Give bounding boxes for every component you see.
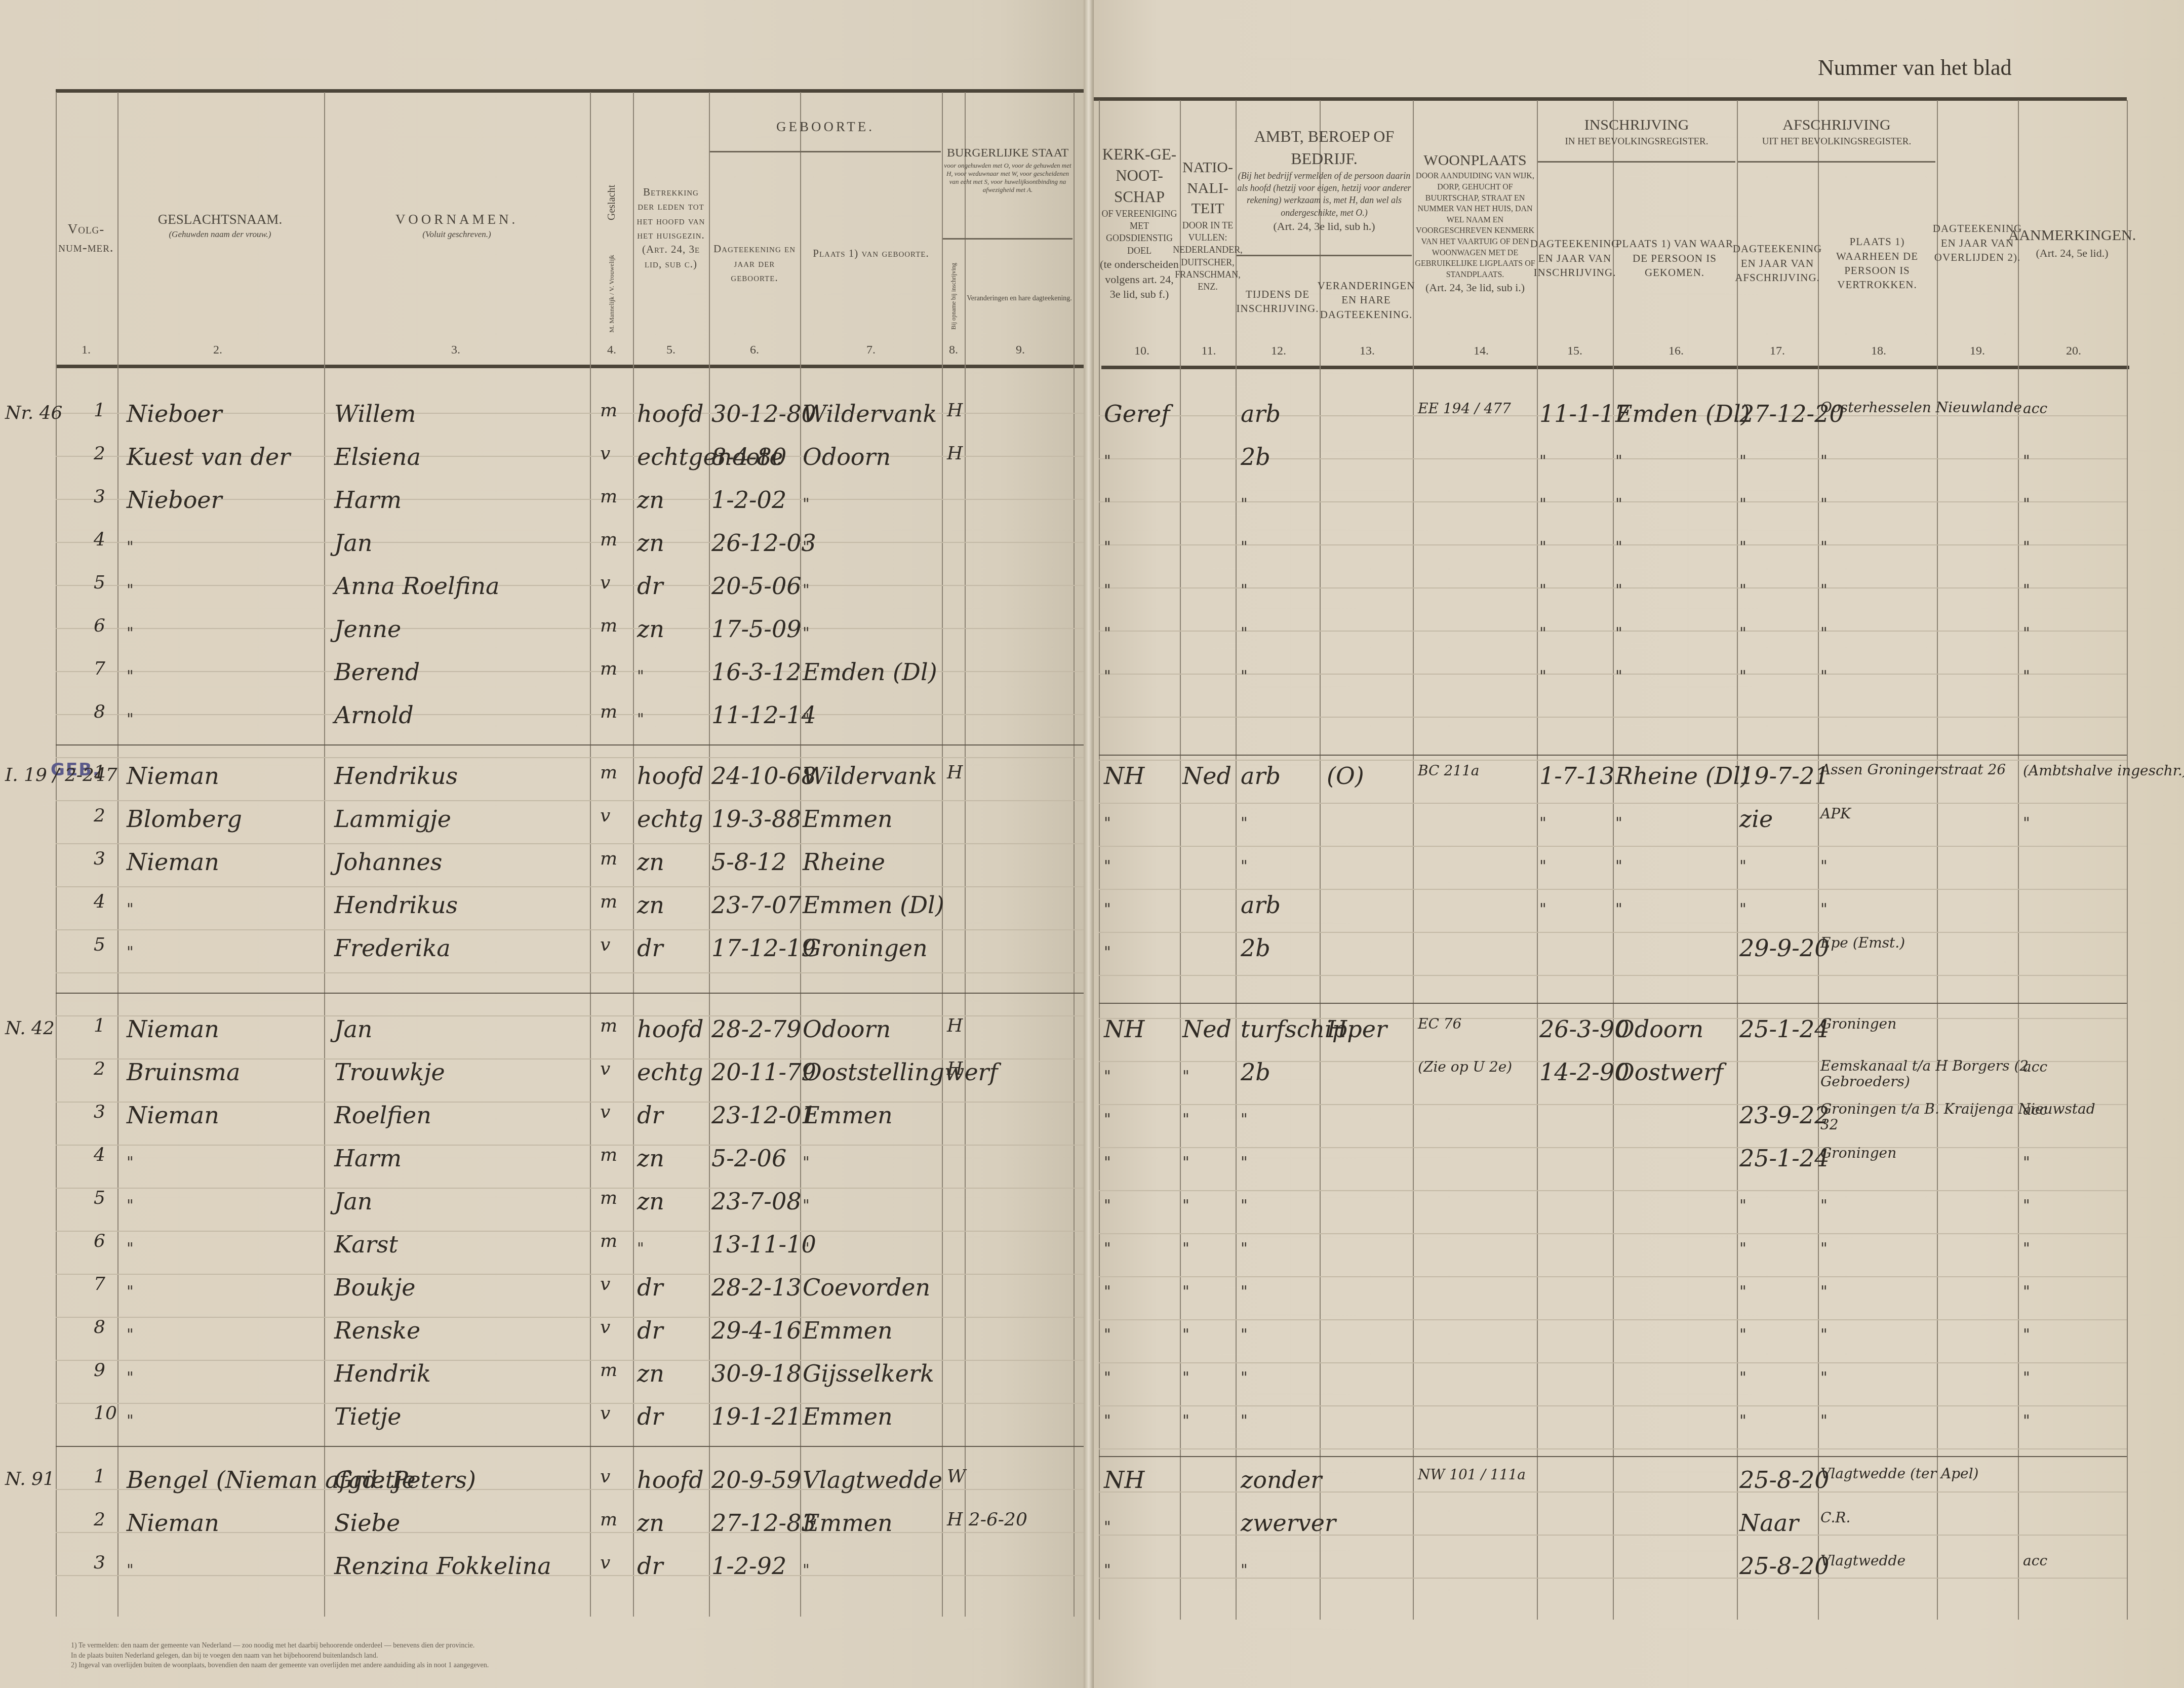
cell-sex: v	[600, 1466, 610, 1487]
cell-surname: Nieman	[127, 762, 219, 790]
cell-surname: Nieman	[127, 1102, 219, 1129]
cell-relation: hoofd	[637, 1466, 704, 1494]
cell-relation: zn	[637, 848, 664, 876]
cell-dereg-date: 25-1-24	[1739, 1015, 1829, 1043]
cell-civil: H 2-6-20	[947, 1509, 1027, 1530]
row-rule	[56, 886, 1084, 887]
cell-birth-date: 17-5-09	[711, 615, 801, 643]
cell-nr: 5	[94, 934, 105, 955]
row-rule	[56, 744, 1084, 745]
column-rule	[2018, 100, 2019, 1620]
cell-remarks: "	[2023, 1283, 2030, 1301]
header-bottom-rule-left	[56, 365, 1084, 368]
cell-dereg-to: Epe (Emst.)	[1820, 934, 1905, 951]
cell-nr: 3	[94, 486, 105, 507]
cell-dereg-date: "	[1739, 624, 1746, 642]
header-col4-sub: M. Mannelijk / V. Vrouwelijk	[591, 243, 632, 344]
cell-dereg-to: "	[1820, 900, 1828, 918]
cell-dereg-date: "	[1739, 857, 1746, 875]
cell-birth-date: 26-12-03	[711, 529, 816, 557]
header-col17-label: DAGTEEKENING EN JAAR VAN AFSCHRIJVING.	[1733, 242, 1822, 285]
cell-nationality: Ned	[1182, 762, 1232, 790]
cell-relation: "	[637, 711, 644, 728]
header-col10-sub: OF VEREENIGING MET GODSDIENSTIG DOEL	[1100, 208, 1179, 257]
row-rule	[56, 843, 1084, 844]
cell-relation: dr	[637, 1403, 663, 1430]
cell-birth-date: 23-12-01	[711, 1102, 816, 1129]
colnum-7: 7.	[861, 343, 881, 357]
cell-nationality: "	[1182, 1111, 1189, 1128]
cell-occupation: "	[1241, 1561, 1248, 1579]
row-rule	[1099, 1448, 2127, 1449]
cell-nr: 4	[94, 529, 105, 550]
cell-birth-date: 23-7-07	[711, 891, 801, 919]
cell-dereg-date: Naar	[1739, 1509, 1799, 1537]
cell-nationality: "	[1182, 1326, 1189, 1344]
cell-occupation: "	[1241, 1283, 1248, 1301]
cell-given: Renske	[334, 1317, 420, 1344]
cell-relation: zn	[637, 891, 664, 919]
header-col16: PLAATS 1) VAN WAAR DE PERSOON IS GEKOMEN…	[1614, 192, 1735, 324]
row-rule	[56, 542, 1084, 543]
header-ambt-note: (Bij het bedrijf vermelden of de persoon…	[1237, 170, 1412, 219]
cell-dereg-date: "	[1739, 1412, 1746, 1430]
cell-church: Geref	[1104, 400, 1170, 427]
cell-church: "	[1104, 1240, 1111, 1258]
column-rule	[324, 92, 325, 1617]
row-rule	[56, 1575, 1084, 1576]
cell-church: "	[1104, 1111, 1111, 1128]
cell-birth-date: 23-7-08	[711, 1188, 801, 1215]
cell-occupation: "	[1241, 1326, 1248, 1344]
cell-occupation: "	[1241, 1240, 1248, 1258]
header-col11-sub: DOOR IN TE VULLEN: NEDERLANDER, DUITSCHE…	[1173, 219, 1242, 293]
cell-surname: Blomberg	[127, 805, 242, 833]
cell-nr: 8	[94, 1317, 105, 1338]
cell-reg-from: Odoorn	[1615, 1015, 1703, 1043]
cell-relation: dr	[637, 934, 663, 962]
cell-dereg-to: "	[1820, 581, 1828, 599]
cell-surname: "	[127, 1283, 134, 1301]
cell-birth-place: Emmen	[803, 1403, 893, 1430]
row-rule	[1099, 1405, 2127, 1406]
row-rule	[1099, 1319, 2127, 1320]
cell-dereg-date: 25-1-24	[1739, 1145, 1829, 1172]
cell-church: "	[1104, 857, 1111, 875]
row-rule	[56, 1446, 1084, 1447]
cell-sex: m	[600, 762, 617, 783]
cell-surname: "	[127, 1561, 134, 1579]
header-ambt-title: AMBT, BEROEP OF BEDRIJF.	[1237, 126, 1412, 169]
cell-church: "	[1104, 900, 1111, 918]
cell-dereg-date: "	[1739, 1326, 1746, 1344]
cell-birth-date: 28-2-79	[711, 1015, 801, 1043]
row-rule	[56, 993, 1084, 994]
cell-church: NH	[1104, 1015, 1144, 1043]
header-top-rule-right	[1094, 97, 2127, 101]
cell-nr: 3	[94, 1552, 105, 1573]
header-ambt-art: (Art. 24, 3e lid, sub h.)	[1273, 219, 1375, 234]
cell-dereg-to: "	[1820, 538, 1828, 556]
cell-birth-place: "	[803, 1197, 810, 1214]
cell-remarks: "	[2023, 1326, 2030, 1344]
cell-church: "	[1104, 1561, 1111, 1579]
header-col10-title: KERK-GE-NOOT-SCHAP	[1100, 144, 1179, 208]
header-col6-label: Dagteekening en jaar der geboorte.	[710, 242, 799, 285]
row-rule	[1099, 932, 2127, 933]
afschrijving-divider	[1738, 161, 1935, 163]
cell-sex: m	[600, 1360, 617, 1381]
cell-given: Jenne	[334, 615, 401, 643]
cell-reg-from: "	[1615, 857, 1622, 875]
cell-nr: 6	[94, 615, 105, 636]
cell-dereg-to: Groningen	[1820, 1145, 1896, 1161]
cell-surname: "	[127, 1154, 134, 1171]
cell-birth-date: 17-12-19	[711, 934, 816, 962]
cell-sex: m	[600, 615, 617, 636]
cell-birth-place: Odoorn	[803, 443, 891, 470]
cell-birth-date: 19-1-21	[711, 1403, 801, 1430]
cell-given: Grietje	[334, 1466, 416, 1494]
cell-reg-date: "	[1539, 495, 1546, 513]
cell-church: "	[1104, 1369, 1111, 1387]
cell-dereg-to: Vlagtwedde (ter Apel)	[1820, 1466, 2104, 1482]
cell-civil: H	[947, 762, 963, 783]
header-col15: DAGTEEKENING EN JAAR VAN INSCHRIJVING.	[1538, 182, 1612, 334]
row-rule	[1099, 717, 2127, 718]
cell-residence: EE 194 / 477	[1418, 400, 1511, 417]
colnum-12: 12.	[1266, 344, 1291, 358]
cell-civil: H	[947, 400, 963, 421]
cell-surname: Nieman	[127, 1509, 219, 1537]
cell-birth-date: 24-10-68	[711, 762, 816, 790]
cell-nr: 1	[94, 762, 105, 783]
cell-occupation: "	[1241, 814, 1248, 832]
cell-occupation: "	[1241, 857, 1248, 875]
cell-given: Jan	[334, 529, 373, 557]
cell-birth-date: 19-3-88	[711, 805, 801, 833]
header-inschrijving-title: INSCHRIJVING	[1584, 115, 1689, 136]
column-rule	[1074, 92, 1075, 1617]
cell-relation: echtg	[637, 1058, 703, 1086]
cell-birth-place: Rheine	[803, 848, 885, 876]
cell-dereg-to: C.R.	[1820, 1509, 1850, 1526]
header-col1-label: Volg-num-mer.	[56, 220, 116, 257]
cell-sex: v	[600, 1403, 610, 1424]
cell-nationality: Ned	[1182, 1015, 1232, 1043]
header-col2: GESLACHTSNAAM. (Gehuwden naam der vrouw.…	[117, 198, 323, 253]
header-col4-label: Geslacht	[605, 185, 619, 220]
row-rule	[56, 972, 1084, 973]
header-geboorte-label: GEBOORTE.	[776, 117, 875, 136]
cell-surname: "	[127, 581, 134, 599]
header-col14-art: (Art. 24, 3e lid, sub i.)	[1425, 280, 1525, 295]
header-afschrijving: AFSCHRIJVING UIT HET BEVOLKINGSREGISTER.	[1738, 104, 1935, 160]
header-col3: VOORNAMEN. (Voluit geschreven.)	[325, 198, 588, 253]
cell-sex: v	[600, 934, 610, 955]
row-rule	[56, 800, 1084, 801]
cell-occupation: "	[1241, 1369, 1248, 1387]
row-rule	[1099, 1362, 2127, 1363]
cell-remarks: "	[2023, 1412, 2030, 1430]
cell-dereg-to: "	[1820, 1197, 1828, 1214]
cell-sex: m	[600, 1188, 617, 1208]
cell-occupation: "	[1241, 624, 1248, 642]
header-col8-label: Bij opname bij inschrijving	[949, 263, 958, 330]
cell-church: "	[1104, 668, 1111, 685]
cell-sex: v	[600, 1274, 610, 1294]
header-col14-sub: DOOR AANDUIDING VAN WIJK, DORP, GEHUCHT …	[1414, 171, 1536, 280]
cell-reg-from: "	[1615, 495, 1622, 513]
header-afschrijving-sub: UIT HET BEVOLKINGSREGISTER.	[1762, 135, 1911, 148]
cell-surname: "	[127, 1412, 134, 1430]
cell-birth-date: 1-2-02	[711, 486, 786, 514]
cell-birth-place: Gijsselkerk	[803, 1360, 934, 1387]
cell-residence: EC 76	[1418, 1015, 1461, 1032]
cell-church: NH	[1104, 1466, 1144, 1494]
colnum-5: 5.	[661, 343, 681, 357]
cell-dereg-to: Eemskanaal t/a H Borgers (2 Gebroeders)	[1820, 1058, 2104, 1090]
cell-church: NH	[1104, 762, 1144, 790]
cell-occupation: "	[1241, 1197, 1248, 1214]
cell-nr: 4	[94, 1145, 105, 1165]
cell-given: Jan	[334, 1188, 373, 1215]
cell-relation: zn	[637, 1360, 664, 1387]
cell-residence: (Zie op U 2e)	[1418, 1058, 1512, 1075]
cell-church: "	[1104, 944, 1111, 961]
header-col15-label: DAGTEEKENING EN JAAR VAN INSCHRIJVING.	[1530, 237, 1619, 280]
cell-remarks: "	[2023, 1369, 2030, 1387]
cell-nr: 1	[94, 400, 105, 421]
cell-nr: 2	[94, 1058, 105, 1079]
cell-occupation: "	[1241, 495, 1248, 513]
cell-sex: v	[600, 443, 610, 464]
row-rule	[1099, 1233, 2127, 1234]
cell-residence: BC 211a	[1418, 762, 1480, 779]
colnum-11: 11.	[1196, 344, 1221, 358]
cell-sex: v	[600, 1317, 610, 1338]
header-col3-sub: (Voluit geschreven.)	[422, 229, 491, 241]
cell-relation: zn	[637, 1188, 664, 1215]
cell-sex: m	[600, 658, 617, 679]
header-top-rule-left	[56, 89, 1084, 93]
cell-birth-place: "	[803, 711, 810, 728]
cell-dereg-date: 25-8-20	[1739, 1466, 1829, 1494]
cell-reg-from: Rheine (Dl)	[1615, 762, 1750, 790]
cell-relation: dr	[637, 1102, 663, 1129]
header-col5-label: Betrekking der leden tot het hoofd van h…	[634, 185, 708, 271]
cell-relation: zn	[637, 1509, 664, 1537]
cell-nr: 10	[94, 1403, 117, 1424]
cell-occupation: "	[1241, 668, 1248, 685]
row-rule	[1099, 1276, 2127, 1277]
colnum-10: 10.	[1129, 344, 1155, 358]
cell-dereg-date: "	[1739, 495, 1746, 513]
header-col20: AANMERKINGEN. (Art. 24, 5e lid.)	[2019, 192, 2125, 294]
colnum-1: 1.	[76, 343, 96, 357]
cell-nationality: "	[1182, 1154, 1189, 1171]
header-col14: WOONPLAATS DOOR AANDUIDING VAN WIJK, DOR…	[1414, 111, 1536, 334]
cell-remarks: acc	[2023, 1058, 2047, 1075]
cell-reg-from: "	[1615, 668, 1622, 685]
cell-birth-place: "	[803, 1154, 810, 1171]
cell-given: Renzina Fokkelina	[334, 1552, 551, 1580]
cell-nr: 6	[94, 1231, 105, 1251]
cell-birth-date: 13-11-10	[711, 1231, 816, 1258]
header-col11-title: NATIO-NALI-TEIT	[1181, 158, 1235, 219]
cell-given: Elsiena	[334, 443, 421, 470]
row-rule	[1099, 501, 2127, 502]
cell-reg-from: "	[1615, 624, 1622, 642]
cell-nr: 4	[94, 891, 105, 912]
cell-surname: Kuest van der	[127, 443, 290, 470]
cell-occupation: 2b	[1241, 934, 1270, 962]
household-number: Nr. 46	[5, 403, 62, 423]
cell-civil: W	[947, 1466, 966, 1487]
cell-relation: dr	[637, 1552, 663, 1580]
colnum-15: 15.	[1562, 344, 1587, 358]
cell-dereg-date: "	[1739, 452, 1746, 470]
cell-reg-date: "	[1539, 581, 1546, 599]
household-number: N. 42	[5, 1018, 55, 1039]
row-rule	[56, 585, 1084, 586]
cell-surname: Nieboer	[127, 486, 222, 514]
cell-occupation: "	[1241, 1154, 1248, 1171]
footnote-1b: In de plaats buiten Nederland gelegen, d…	[71, 1651, 790, 1661]
footnote-1: 1) Te vermelden: den naam der gemeente v…	[71, 1641, 790, 1651]
cell-given: Karst	[334, 1231, 398, 1258]
header-col18-label: PLAATS 1) WAARHEEN DE PERSOON IS VERTROK…	[1819, 234, 1935, 292]
cell-nationality: "	[1182, 1369, 1189, 1387]
geboorte-divider	[710, 151, 941, 152]
cell-relation: hoofd	[637, 400, 704, 427]
cell-occupation: arb	[1241, 400, 1281, 427]
cell-relation: zn	[637, 529, 664, 557]
cell-surname: "	[127, 944, 134, 961]
cell-nationality: "	[1182, 1197, 1189, 1214]
cell-nr: 3	[94, 848, 105, 869]
cell-birth-date: 20-11-79	[711, 1058, 816, 1086]
cell-surname: "	[127, 711, 134, 728]
cell-reg-date: "	[1539, 814, 1546, 832]
cell-birth-date: 5-2-06	[711, 1145, 786, 1172]
column-rule	[2127, 100, 2128, 1620]
cell-relation: hoofd	[637, 762, 704, 790]
row-rule	[1099, 631, 2127, 632]
cell-birth-date: 20-5-06	[711, 572, 801, 600]
cell-dereg-to: "	[1820, 1240, 1828, 1258]
cell-reg-from: "	[1615, 581, 1622, 599]
cell-dereg-to: Vlagtwedde	[1820, 1552, 1905, 1569]
row-rule	[1099, 587, 2127, 588]
cell-church: "	[1104, 1326, 1111, 1344]
cell-birth-date: 11-12-14	[711, 701, 816, 729]
row-rule	[1099, 1003, 2127, 1004]
header-col9-label: Veranderingen en hare dagteekening.	[967, 294, 1072, 304]
header-col16-label: PLAATS 1) VAN WAAR DE PERSOON IS GEKOMEN…	[1614, 237, 1735, 280]
cell-nationality: "	[1182, 1283, 1189, 1301]
cell-birth-date: 1-2-92	[711, 1552, 786, 1580]
cell-dereg-to: APK	[1820, 805, 1851, 822]
cell-sex: m	[600, 1145, 617, 1165]
header-col2-sub: (Gehuwden naam der vrouw.)	[169, 229, 271, 241]
cell-civil: H	[947, 1015, 963, 1036]
cell-given: Hendrik	[334, 1360, 431, 1387]
header-bottom-rule-right	[1101, 366, 2129, 369]
colnum-3: 3.	[446, 343, 466, 357]
cell-church: "	[1104, 1197, 1111, 1214]
cell-dereg-to: "	[1820, 495, 1828, 513]
row-rule	[1099, 544, 2127, 545]
ambt-divider	[1237, 255, 1412, 256]
cell-given: Lammigje	[334, 805, 451, 833]
cell-sex: v	[600, 805, 610, 826]
row-rule	[1099, 846, 2127, 847]
cell-given: Arnold	[334, 701, 414, 729]
cell-occupation: "	[1241, 581, 1248, 599]
cell-remarks: "	[2023, 1197, 2030, 1214]
cell-surname: "	[127, 538, 134, 556]
cell-birth-place: Groningen	[803, 934, 928, 962]
cell-sex: m	[600, 891, 617, 912]
footnotes: 1) Te vermelden: den naam der gemeente v…	[71, 1641, 790, 1671]
cell-relation: dr	[637, 1317, 663, 1344]
cell-birth-place: "	[803, 495, 810, 513]
cell-reg-date: "	[1539, 857, 1546, 875]
cell-relation: zn	[637, 615, 664, 643]
cell-church: "	[1104, 1283, 1111, 1301]
header-burgerlijke-staat-sub: voor ongehuwden met O, voor de gehuwden …	[943, 162, 1073, 194]
colnum-2: 2.	[208, 343, 228, 357]
colnum-6: 6.	[744, 343, 765, 357]
header-col17: DAGTEEKENING EN JAAR VAN AFSCHRIJVING.	[1738, 187, 1817, 339]
cell-church: "	[1104, 1412, 1111, 1430]
cell-nr: 9	[94, 1360, 105, 1381]
colnum-16: 16.	[1663, 344, 1689, 358]
row-rule	[1099, 674, 2127, 675]
cell-nr: 1	[94, 1466, 105, 1487]
cell-birth-place: Odoorn	[803, 1015, 891, 1043]
cell-birth-place: Wildervank	[803, 762, 937, 790]
cell-surname: "	[127, 624, 134, 642]
header-col9: Veranderingen en hare dagteekening.	[966, 253, 1073, 344]
row-rule	[56, 757, 1084, 758]
cell-relation: "	[637, 668, 644, 685]
cell-given: Willem	[334, 400, 416, 427]
cell-reg-date: "	[1539, 668, 1546, 685]
cell-dereg-to: "	[1820, 624, 1828, 642]
cell-occupation: 2b	[1241, 1058, 1270, 1086]
cell-church: "	[1104, 1154, 1111, 1171]
cell-remarks: "	[2023, 495, 2030, 513]
cell-dereg-date: zie	[1739, 805, 1773, 833]
header-ambt: AMBT, BEROEP OF BEDRIJF. (Bij het bedrij…	[1237, 106, 1412, 253]
cell-given: Hendrikus	[334, 762, 458, 790]
cell-nr: 1	[94, 1015, 105, 1036]
cell-given: Anna Roelfina	[334, 572, 500, 600]
cell-reg-date: "	[1539, 538, 1546, 556]
cell-given: Harm	[334, 486, 402, 514]
cell-dereg-to: "	[1820, 1326, 1828, 1344]
cell-dereg-date: 19-7-21	[1739, 762, 1829, 790]
cell-given: Trouwkje	[334, 1058, 445, 1086]
cell-birth-place: "	[803, 581, 810, 599]
row-rule	[1099, 760, 2127, 761]
row-rule	[56, 1317, 1084, 1318]
cell-occupation: "	[1241, 538, 1248, 556]
cell-nr: 7	[94, 658, 105, 679]
cell-birth-place: "	[803, 1561, 810, 1579]
